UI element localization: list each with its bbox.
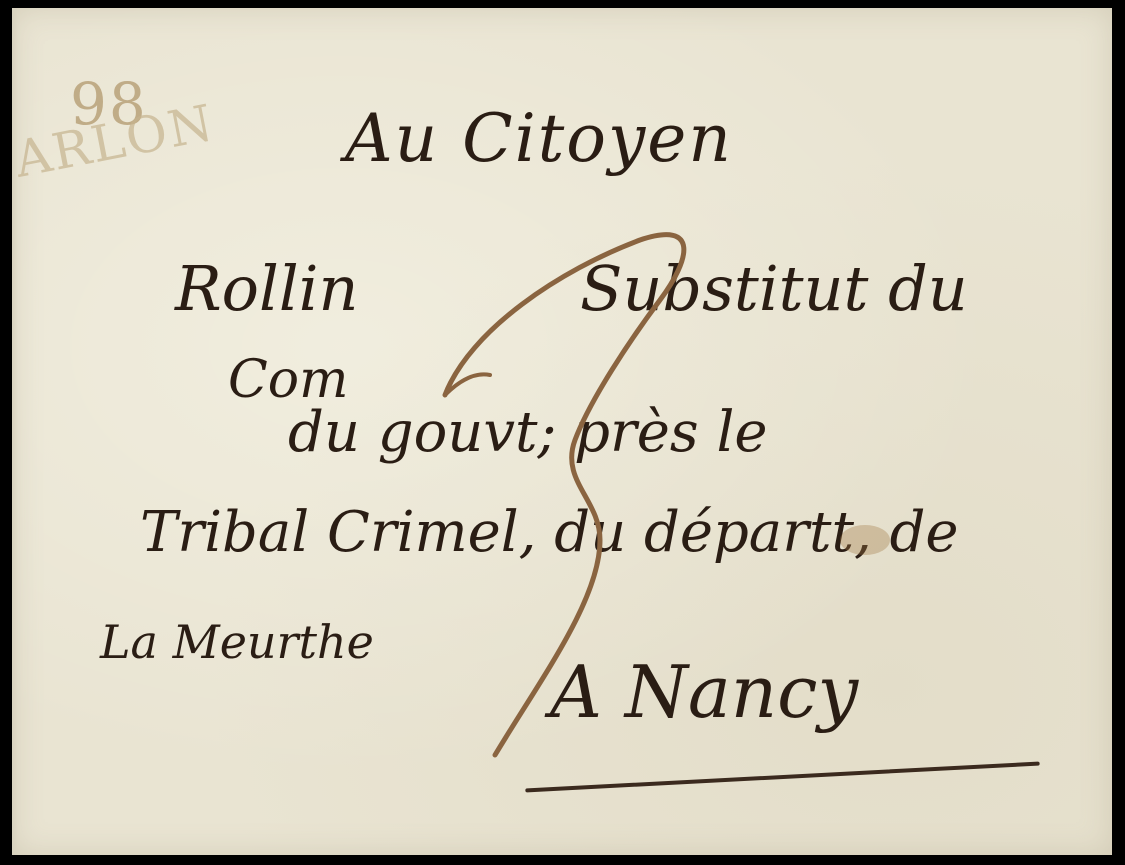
address-city: A Nancy [550, 650, 858, 734]
address-line-government: du gouvt; près le [288, 400, 768, 465]
address-line-department: La Meurthe [100, 615, 374, 669]
address-name: Rollin [175, 252, 358, 325]
ink-stain [840, 525, 890, 555]
address-title: Substitut du [580, 252, 968, 325]
address-line-tribunal: Tribal Crimel, du départt, de [140, 500, 959, 565]
address-salutation: Au Citoyen [345, 100, 733, 177]
